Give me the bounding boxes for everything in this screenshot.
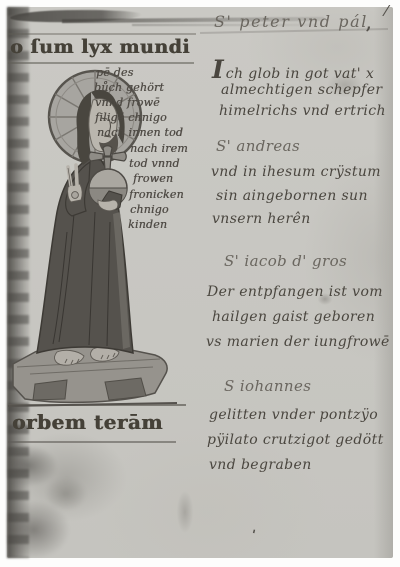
creed-line: vnd begraben bbox=[209, 457, 312, 473]
rubric-peter-und-paul: S' peter vnd pál bbox=[214, 12, 368, 31]
creed-line: vs marien der iungfrowē bbox=[206, 334, 390, 350]
manuscript-photo: o ſum lyx mundi orbem terām S' peter vnd… bbox=[0, 0, 400, 567]
corner-pen-mark: ⁄ bbox=[385, 2, 388, 20]
creed-line: vnd in ihesum crÿstum bbox=[211, 164, 381, 180]
ruled-line bbox=[8, 33, 196, 35]
creed-line: pÿilato crutzigot gedött bbox=[207, 432, 384, 448]
marginal-note-line: frowen bbox=[133, 172, 173, 185]
rubric-iacob: S' iacob d' gros bbox=[224, 252, 347, 270]
marginal-note-line: chnigo bbox=[130, 203, 169, 216]
creed-line: almechtigen schepfer bbox=[221, 82, 383, 98]
marginal-note-line: bůch gehört bbox=[94, 81, 164, 94]
stigmata-mark bbox=[72, 192, 79, 199]
marginal-note-line: fronicken bbox=[129, 188, 184, 201]
creed-line: Ich glob in got vat' x bbox=[212, 55, 374, 84]
creed-line: sin aingebornen sun bbox=[216, 188, 368, 204]
marginal-note-line: nach irem bbox=[130, 142, 188, 155]
ground-line bbox=[8, 403, 177, 406]
lux-mundi-heading: o ſum lyx mundi bbox=[10, 36, 190, 58]
ruled-line bbox=[8, 441, 176, 443]
bottom-left-stain bbox=[7, 430, 102, 558]
creed-line: hailgen gaist geboren bbox=[212, 309, 375, 325]
marginal-note-line: filigē chnigo bbox=[95, 111, 167, 124]
globus-cruciger bbox=[89, 146, 127, 211]
orbem-terram-heading: orbem terām bbox=[12, 410, 163, 434]
creed-line: gelitten vnder pontzÿo bbox=[209, 407, 378, 423]
marginal-note-line: nach innen tod bbox=[97, 126, 183, 139]
creed-line: himelrichs vnd ertrich bbox=[219, 103, 386, 119]
rocky-mound bbox=[13, 343, 167, 402]
pen-mark: , bbox=[366, 14, 372, 33]
rubric-andreas: S' andreas bbox=[216, 137, 300, 155]
marginal-note-line: kinden bbox=[128, 218, 167, 231]
creed-line: Der entpfangen ist vom bbox=[207, 284, 383, 300]
creed-line: vnsern herên bbox=[212, 211, 311, 227]
marginal-note-line: tod vnnd bbox=[129, 157, 180, 170]
rubric-iohannes: S iohannes bbox=[224, 377, 311, 395]
marginal-note-line: vnnd frowē bbox=[95, 96, 160, 109]
marginal-note-line: pē des bbox=[96, 66, 133, 79]
